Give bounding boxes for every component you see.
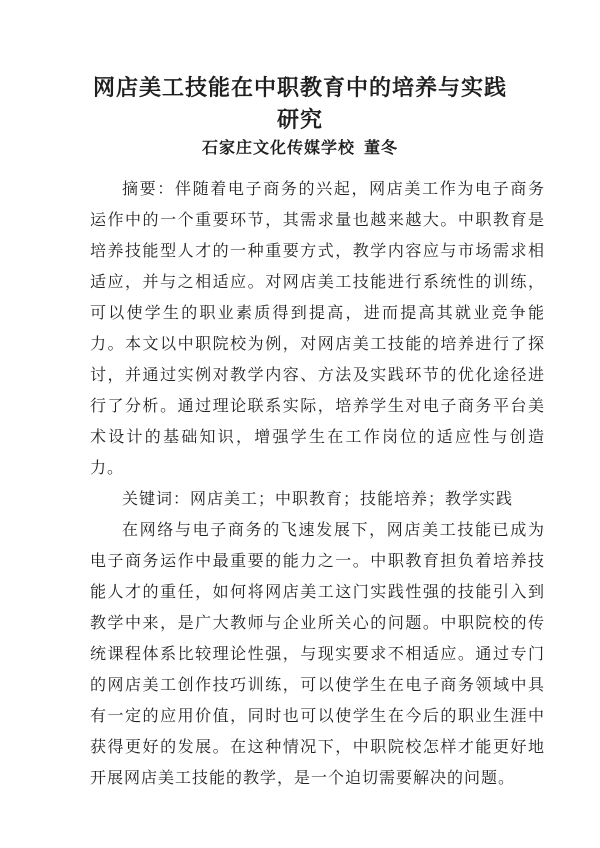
document-page: 网店美工技能在中职教育中的培养与实践研究 石家庄文化传媒学校 董冬 摘要：伴随着… bbox=[0, 0, 600, 848]
intro-paragraph: 在网络与电子商务的飞速发展下，网店美工技能已成为电子商务运作中最重要的能力之一。… bbox=[90, 515, 545, 794]
abstract-paragraph: 摘要：伴随着电子商务的兴起，网店美工作为电子商务运作中的一个重要环节，其需求量也… bbox=[90, 174, 545, 484]
paper-author: 石家庄文化传媒学校 董冬 bbox=[0, 136, 600, 162]
paper-body: 摘要：伴随着电子商务的兴起，网店美工作为电子商务运作中的一个重要环节，其需求量也… bbox=[90, 174, 545, 794]
keywords-line: 关键词：网店美工；中职教育；技能培养；教学实践 bbox=[90, 484, 545, 515]
paper-title: 网店美工技能在中职教育中的培养与实践研究 bbox=[90, 72, 510, 136]
